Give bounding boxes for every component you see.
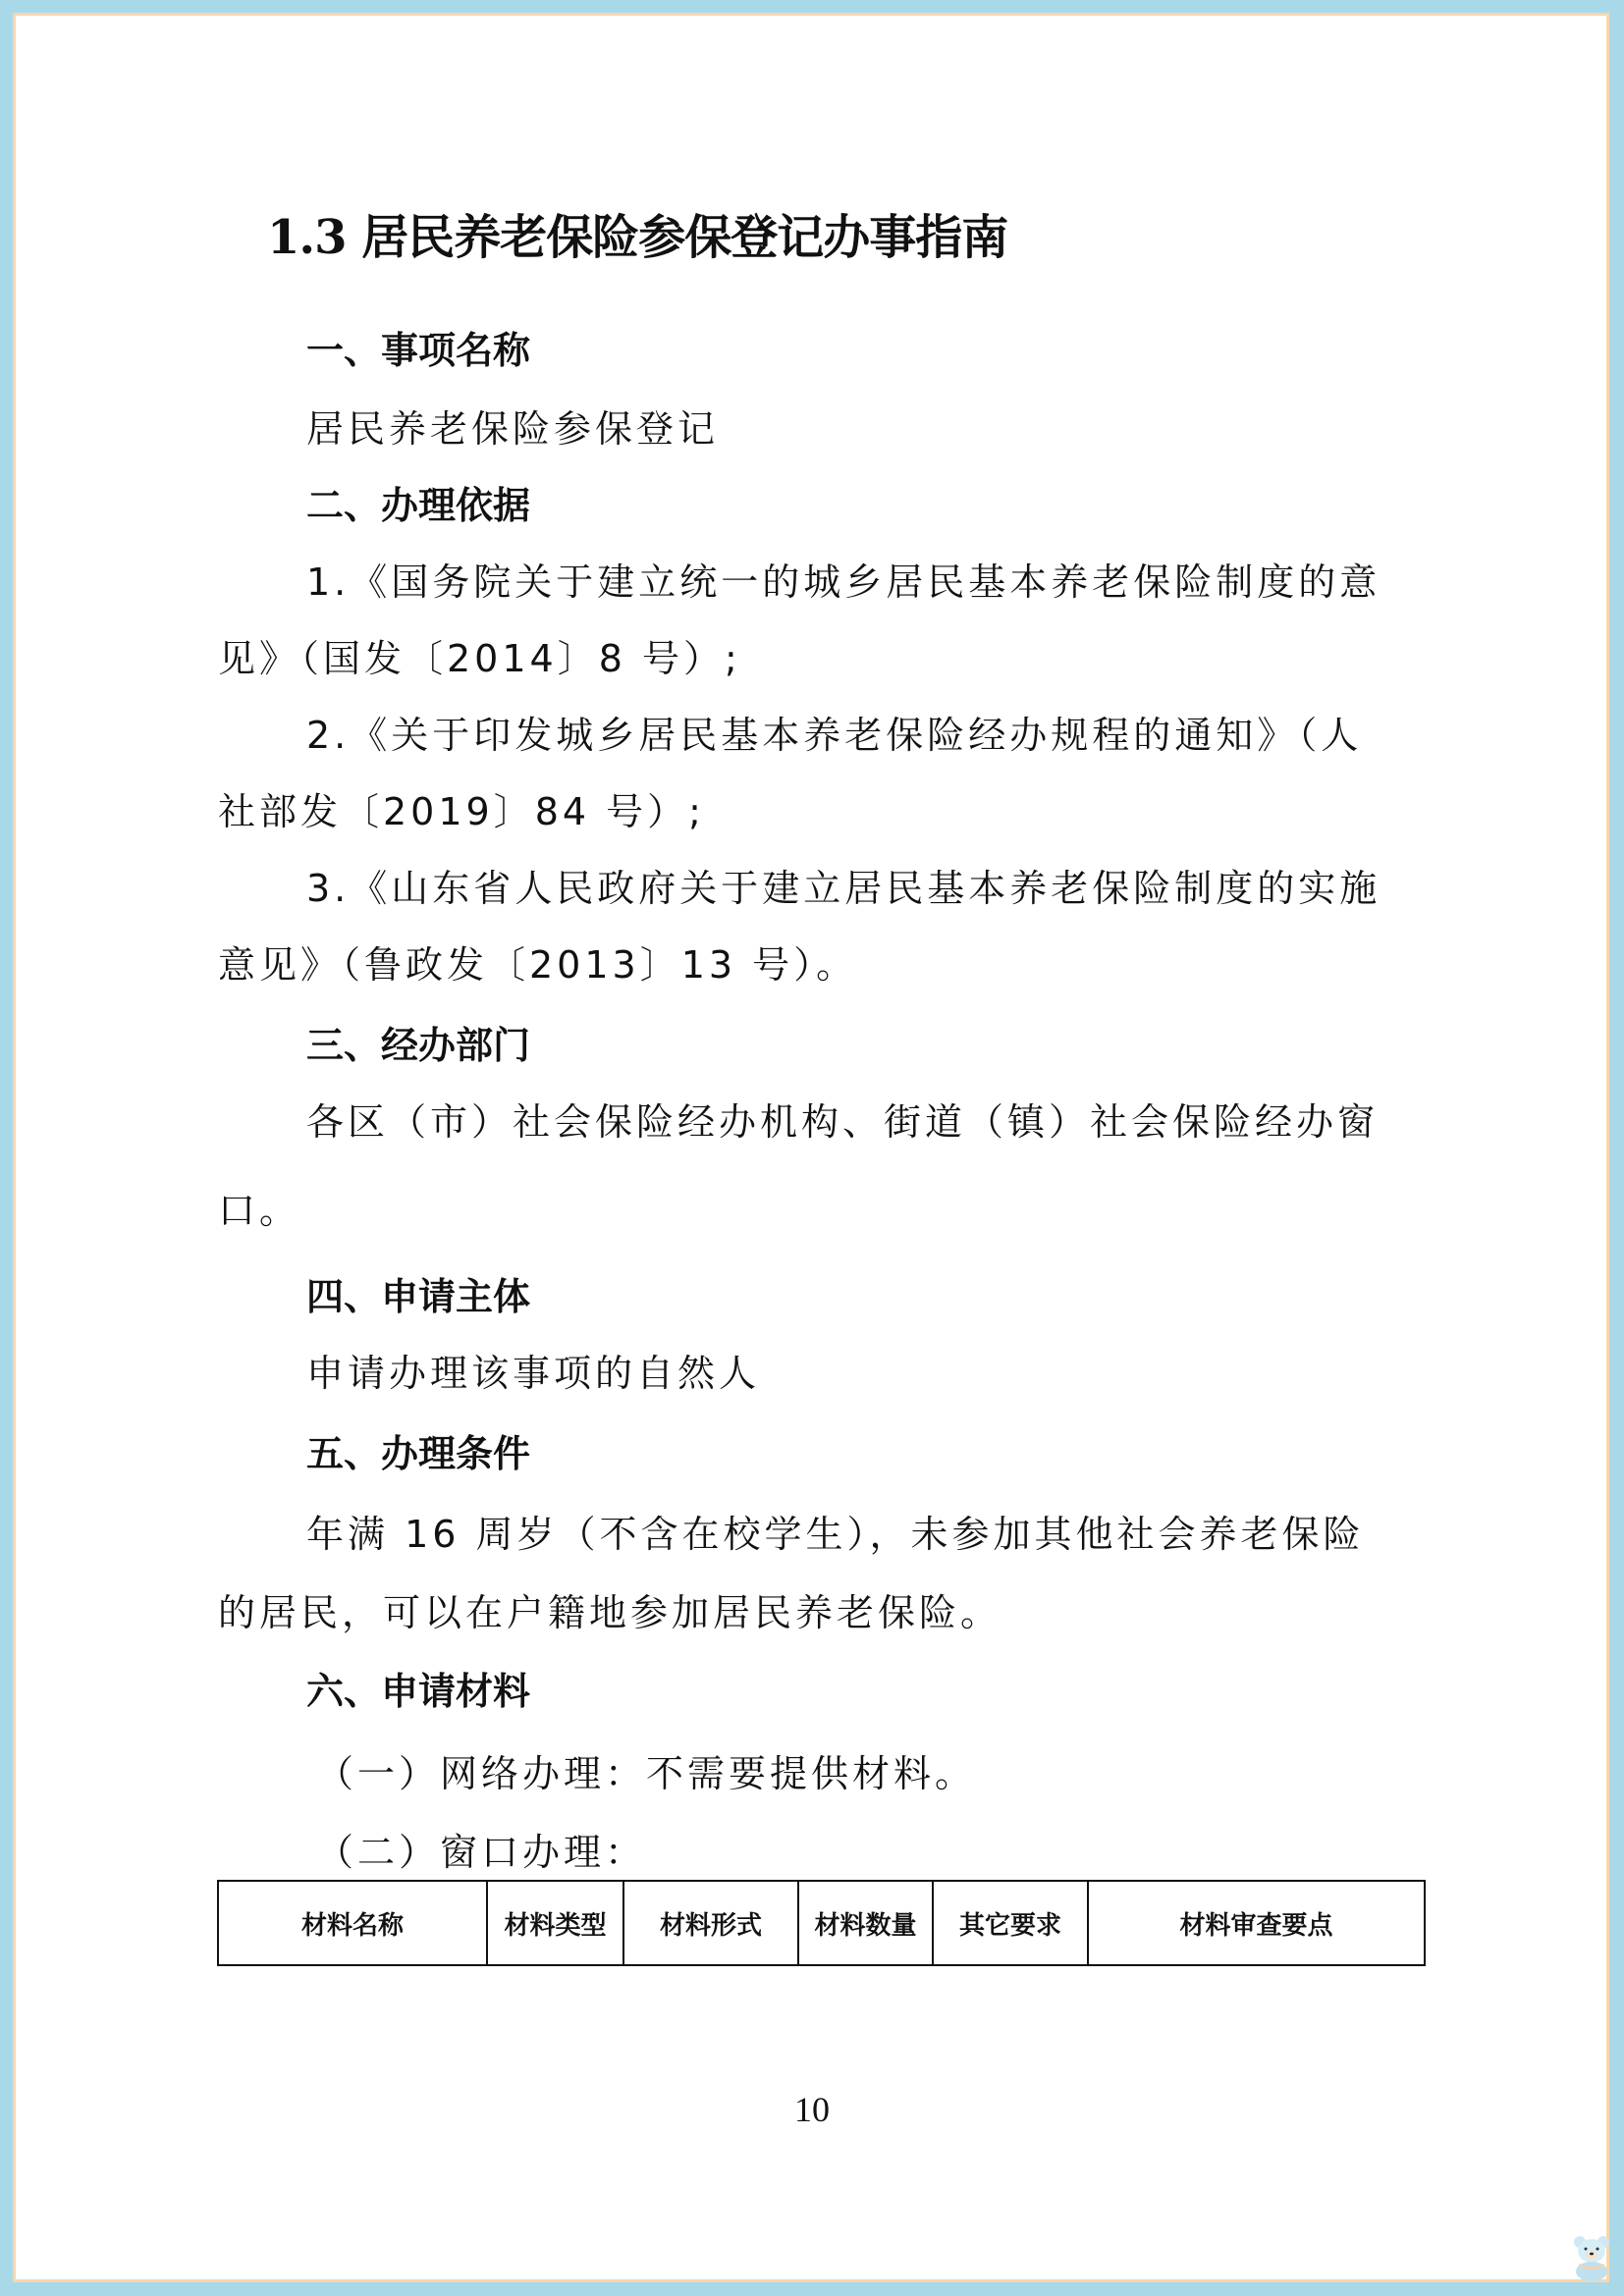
col-header-review-points: 材料审查要点	[1088, 1881, 1425, 1965]
department-line-1: 各区（市）社会保险经办机构、街道（镇）社会保险经办窗	[306, 1103, 1379, 1141]
section-heading-applicant: 四、申请主体	[306, 1278, 530, 1315]
section-heading-materials: 六、申请材料	[306, 1673, 530, 1710]
legal-basis-line-3: 2.《关于印发城乡居民基本养老保险经办规程的通知》（人	[306, 717, 1362, 754]
section-heading-conditions: 五、办理条件	[306, 1435, 530, 1472]
department-line-2: 口。	[218, 1192, 300, 1229]
col-header-material-name: 材料名称	[218, 1881, 487, 1965]
applicant-text: 申请办理该事项的自然人	[306, 1355, 760, 1392]
section-heading-item-name: 一、事项名称	[306, 332, 530, 369]
materials-window: （二）窗口办理：	[316, 1834, 646, 1871]
materials-table-header-row: 材料名称 材料类型 材料形式 材料数量 其它要求 材料审查要点	[218, 1881, 1425, 1965]
conditions-line-2: 的居民，可以在户籍地参加居民养老保险。	[218, 1594, 1001, 1631]
page-number: 10	[0, 2089, 1624, 2130]
col-header-material-form: 材料形式	[623, 1881, 798, 1965]
item-name-text: 居民养老保险参保登记	[306, 410, 719, 448]
section-heading-department: 三、经办部门	[306, 1027, 530, 1064]
col-header-material-quantity: 材料数量	[798, 1881, 933, 1965]
materials-online: （一）网络办理：不需要提供材料。	[316, 1755, 976, 1792]
materials-table: 材料名称 材料类型 材料形式 材料数量 其它要求 材料审查要点	[217, 1880, 1426, 1966]
conditions-line-1: 年满 16 周岁（不含在校学生），未参加其他社会养老保险	[306, 1516, 1365, 1553]
legal-basis-line-5: 3.《山东省人民政府关于建立居民基本养老保险制度的实施	[306, 870, 1380, 907]
legal-basis-line-2: 见》（国发〔2014〕8 号）;	[218, 640, 741, 677]
legal-basis-line-6: 意见》（鲁政发〔2013〕13 号）。	[218, 946, 857, 984]
page-title: 1.3 居民养老保险参保登记办事指南	[267, 214, 1007, 261]
legal-basis-line-1: 1.《国务院关于建立统一的城乡居民基本养老保险制度的意	[306, 563, 1380, 601]
col-header-material-type: 材料类型	[487, 1881, 623, 1965]
legal-basis-line-4: 社部发〔2019〕84 号）;	[218, 793, 705, 830]
teddy-bear-icon	[1571, 2234, 1612, 2281]
col-header-other-requirements: 其它要求	[933, 1881, 1088, 1965]
section-heading-legal-basis: 二、办理依据	[306, 487, 530, 524]
